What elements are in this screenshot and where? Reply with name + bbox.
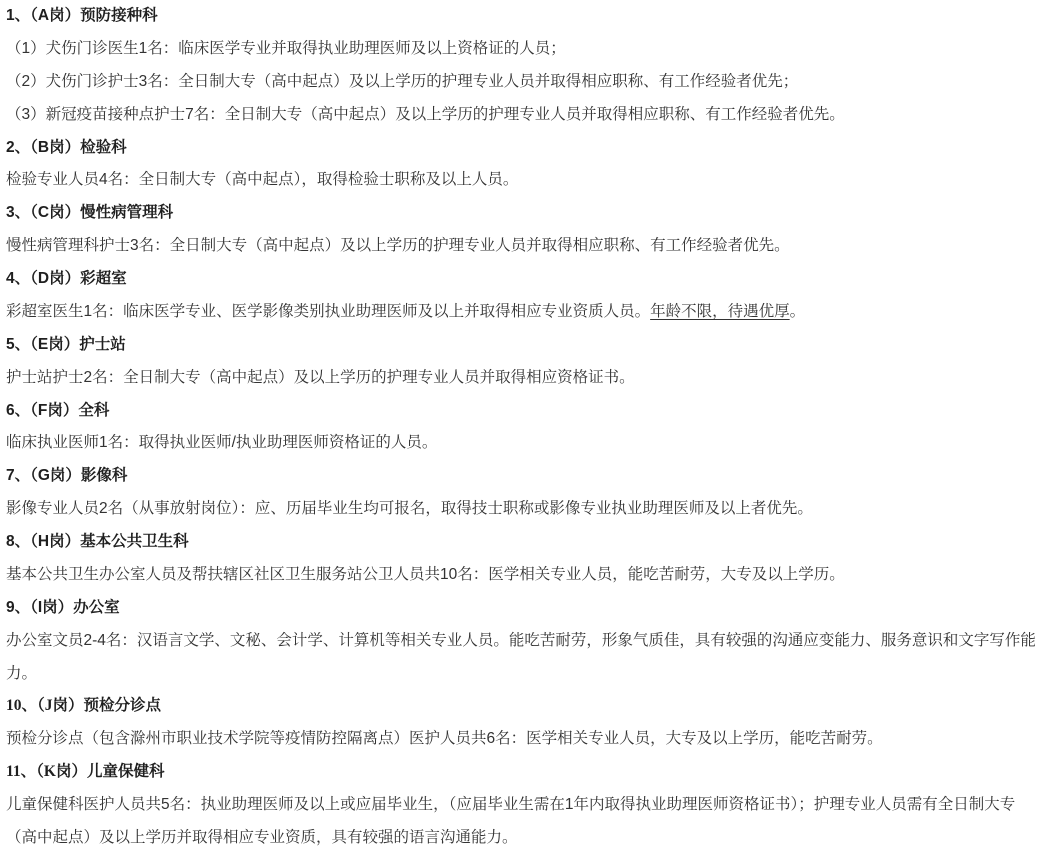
text-segment: 影像专业人员2名（从事放射岗位）：应、历届毕业生均可报名，取得技士职称或影像专业…: [6, 500, 813, 517]
requirement-paragraph: 检验专业人员4名：全日制大专（高中起点），取得检验士职称及以上人员。: [6, 164, 1043, 197]
requirement-paragraph: 办公室文员2-4名：汉语言文学、文秘、会计学、计算机等相关专业人员。能吃苦耐劳，…: [6, 625, 1043, 691]
requirement-paragraph: 预检分诊点（包含滁州市职业技术学院等疫情防控隔离点）医护人员共6名：医学相关专业…: [6, 723, 1043, 756]
text-segment: （2）犬伤门诊护士3名：全日制大专（高中起点）及以上学历的护理专业人员并取得相应…: [6, 73, 798, 90]
text-segment: 预检分诊点（包含滁州市职业技术学院等疫情防控隔离点）医护人员共6名：医学相关专业…: [6, 730, 883, 747]
section-heading: 3、（C岗）慢性病管理科: [6, 197, 1043, 230]
requirement-paragraph: （2）犬伤门诊护士3名：全日制大专（高中起点）及以上学历的护理专业人员并取得相应…: [6, 66, 1043, 99]
requirement-paragraph: 护士站护士2名：全日制大专（高中起点）及以上学历的护理专业人员并取得相应资格证书…: [6, 362, 1043, 395]
text-segment: 。: [790, 303, 806, 320]
section-heading: 11、（K岗）儿童保健科: [6, 756, 1043, 789]
requirement-paragraph: （3）新冠疫苗接种点护士7名：全日制大专（高中起点）及以上学历的护理专业人员并取…: [6, 99, 1043, 132]
section-heading: 5、（E岗）护士站: [6, 329, 1043, 362]
requirement-paragraph: （1）犬伤门诊医生1名：临床医学专业并取得执业助理医师及以上资格证的人员；: [6, 33, 1043, 66]
section-heading: 4、（D岗）彩超室: [6, 263, 1043, 296]
text-segment: 彩超室医生1名：临床医学专业、医学影像类别执业助理医师及以上并取得相应专业资质人…: [6, 303, 650, 320]
section-heading: 9、（I岗）办公室: [6, 592, 1043, 625]
requirement-paragraph: 基本公共卫生办公室人员及帮扶辖区社区卫生服务站公卫人员共10名：医学相关专业人员…: [6, 559, 1043, 592]
text-segment: 临床执业医师1名：取得执业医师/执业助理医师资格证的人员。: [6, 434, 437, 451]
section-heading: 8、（H岗）基本公共卫生科: [6, 526, 1043, 559]
text-segment: 检验专业人员4名：全日制大专（高中起点），取得检验士职称及以上人员。: [6, 171, 518, 188]
requirement-paragraph: 临床执业医师1名：取得执业医师/执业助理医师资格证的人员。: [6, 427, 1043, 460]
recruitment-document: 1、（A岗）预防接种科（1）犬伤门诊医生1名：临床医学专业并取得执业助理医师及以…: [0, 0, 1051, 855]
underlined-emphasis: 年龄不限，待遇优厚: [650, 303, 790, 320]
text-segment: （3）新冠疫苗接种点护士7名：全日制大专（高中起点）及以上学历的护理专业人员并取…: [6, 106, 845, 123]
sections-container: 1、（A岗）预防接种科（1）犬伤门诊医生1名：临床医学专业并取得执业助理医师及以…: [6, 0, 1043, 855]
requirement-paragraph: 彩超室医生1名：临床医学专业、医学影像类别执业助理医师及以上并取得相应专业资质人…: [6, 296, 1043, 329]
requirement-paragraph: 儿童保健科医护人员共5名：执业助理医师及以上或应届毕业生，（应届毕业生需在1年内…: [6, 789, 1043, 855]
section-heading: 2、（B岗）检验科: [6, 132, 1043, 165]
section-heading: 7、（G岗）影像科: [6, 460, 1043, 493]
section-heading: 6、（F岗）全科: [6, 395, 1043, 428]
text-segment: （1）犬伤门诊医生1名：临床医学专业并取得执业助理医师及以上资格证的人员；: [6, 40, 566, 57]
requirement-paragraph: 影像专业人员2名（从事放射岗位）：应、历届毕业生均可报名，取得技士职称或影像专业…: [6, 493, 1043, 526]
text-segment: 儿童保健科医护人员共5名：执业助理医师及以上或应届毕业生，（应届毕业生需在1年内…: [6, 796, 1015, 846]
requirement-paragraph: 慢性病管理科护士3名：全日制大专（高中起点）及以上学历的护理专业人员并取得相应职…: [6, 230, 1043, 263]
text-segment: 慢性病管理科护士3名：全日制大专（高中起点）及以上学历的护理专业人员并取得相应职…: [6, 237, 790, 254]
section-heading: 1、（A岗）预防接种科: [6, 0, 1043, 33]
text-segment: 基本公共卫生办公室人员及帮扶辖区社区卫生服务站公卫人员共10名：医学相关专业人员…: [6, 566, 845, 583]
text-segment: 护士站护士2名：全日制大专（高中起点）及以上学历的护理专业人员并取得相应资格证书…: [6, 369, 635, 386]
text-segment: 办公室文员2-4名：汉语言文学、文秘、会计学、计算机等相关专业人员。能吃苦耐劳，…: [6, 632, 1036, 682]
section-heading: 10、（J岗）预检分诊点: [6, 690, 1043, 723]
